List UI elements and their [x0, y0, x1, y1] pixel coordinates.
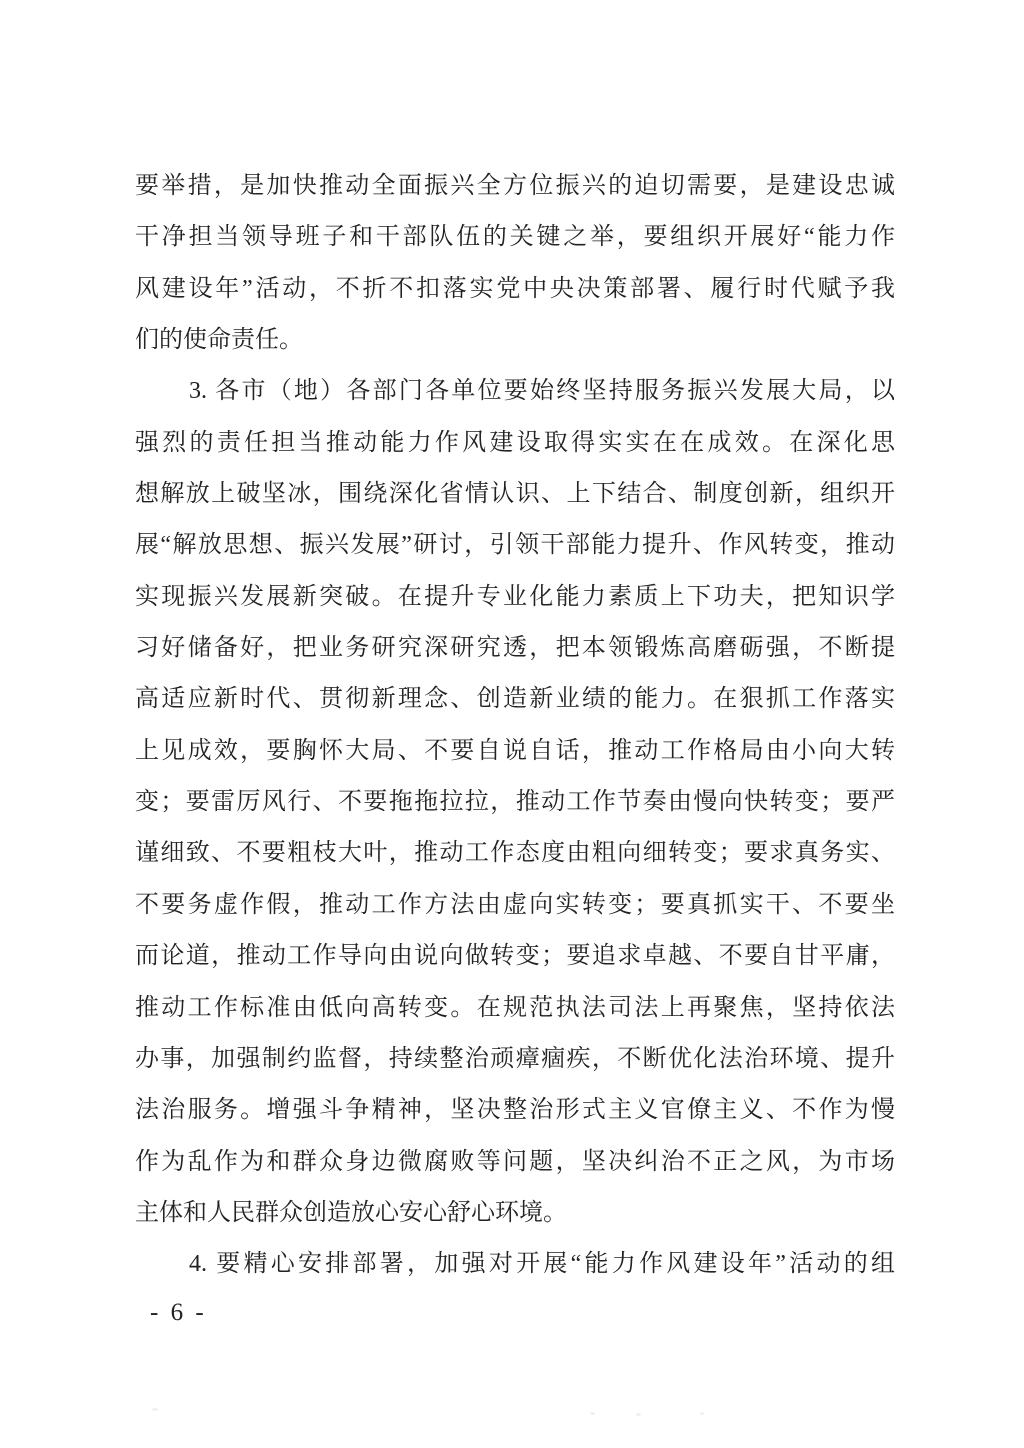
text-line: 干净担当领导班子和干部队伍的关键之举，要组织开展好“能力作: [135, 212, 895, 263]
text-line: 上见成效，要胸怀大局、不要自说自话，推动工作格局由小向大转: [135, 726, 895, 777]
text-line: 高适应新时代、贯彻新理念、创造新业绩的能力。在狠抓工作落实: [135, 674, 895, 725]
document-body: 要举措，是加快推动全面振兴全方位振兴的迫切需要，是建设忠诚干净担当领导班子和干部…: [135, 161, 895, 1291]
text-line: 们的使命责任。: [135, 315, 895, 366]
text-line: 办事，加强制约监督，持续整治顽瘴痼疾，不断优化法治环境、提升: [135, 1034, 895, 1085]
document-page: 要举措，是加快推动全面振兴全方位振兴的迫切需要，是建设忠诚干净担当领导班子和干部…: [0, 0, 1024, 1448]
scan-artifact-dot: [152, 1408, 158, 1411]
page-number: - 6 -: [150, 1297, 207, 1329]
text-line: 要举措，是加快推动全面振兴全方位振兴的迫切需要，是建设忠诚: [135, 161, 895, 212]
text-line: 作为乱作为和群众身边微腐败等问题，坚决纠治不正之风，为市场: [135, 1137, 895, 1188]
text-line: 谨细致、不要粗枝大叶，推动工作态度由粗向细转变；要求真务实、: [135, 828, 895, 879]
text-line: 3. 各市（地）各部门各单位要始终坚持服务振兴发展大局，以: [135, 366, 895, 417]
text-line: 推动工作标准由低向高转变。在规范执法司法上再聚焦，坚持依法: [135, 983, 895, 1034]
text-line: 不要务虚作假，推动工作方法由虚向实转变；要真抓实干、不要坐: [135, 880, 895, 931]
text-line: 实现振兴发展新突破。在提升专业化能力素质上下功夫，把知识学: [135, 572, 895, 623]
text-line: 主体和人民群众创造放心安心舒心环境。: [135, 1188, 895, 1239]
text-line: 习好储备好，把业务研究深研究透，把本领锻炼高磨砺强，不断提: [135, 623, 895, 674]
text-line: 想解放上破坚冰，围绕深化省情认识、上下结合、制度创新，组织开: [135, 469, 895, 520]
text-line: 风建设年”活动，不折不扣落实党中央决策部署、履行时代赋予我: [135, 264, 895, 315]
scan-artifact-dot: [700, 1412, 704, 1415]
text-line: 4. 要精心安排部署，加强对开展“能力作风建设年”活动的组: [135, 1239, 895, 1290]
scan-artifact-dot: [636, 1413, 641, 1416]
scan-artifact-dot: [590, 1412, 595, 1415]
text-line: 强烈的责任担当推动能力作风建设取得实实在在成效。在深化思: [135, 418, 895, 469]
text-line: 展“解放思想、振兴发展”研讨，引领干部能力提升、作风转变，推动: [135, 520, 895, 571]
text-line: 变；要雷厉风行、不要拖拖拉拉，推动工作节奏由慢向快转变；要严: [135, 777, 895, 828]
text-line: 而论道，推动工作导向由说向做转变；要追求卓越、不要自甘平庸，: [135, 931, 895, 982]
text-line: 法治服务。增强斗争精神，坚决整治形式主义官僚主义、不作为慢: [135, 1085, 895, 1136]
